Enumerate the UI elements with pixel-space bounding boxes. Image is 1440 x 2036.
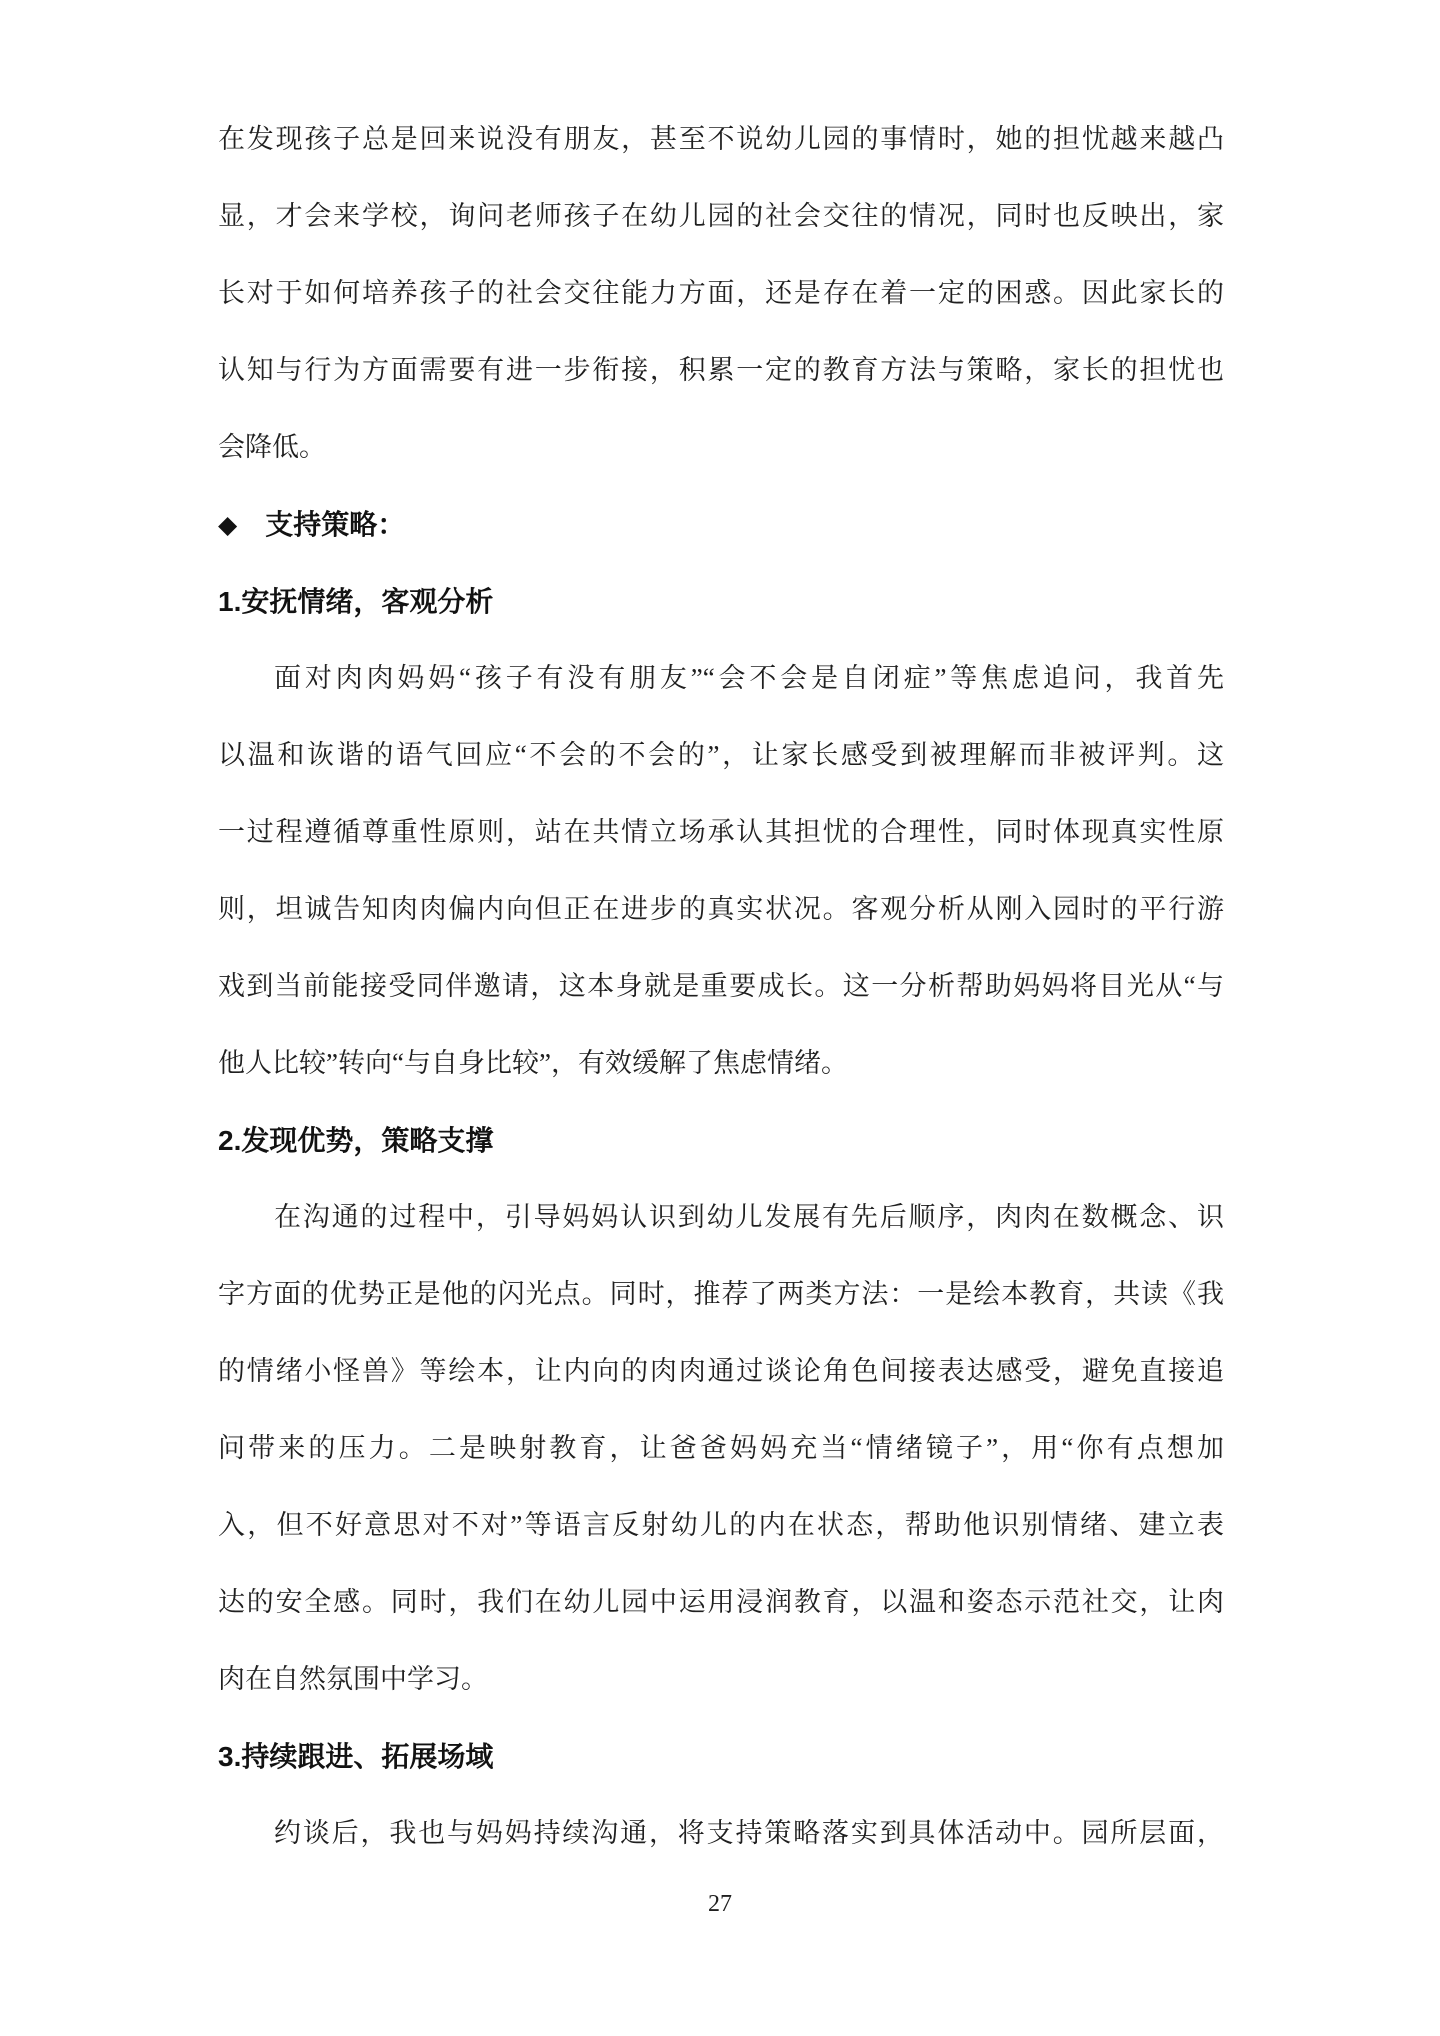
text-line: 认知与行为方面需要有进一步衔接，积累一定的教育方法与策略，家长的担忧也 (218, 332, 1224, 409)
document-page: 在发现孩子总是回来说没有朋友，甚至不说幼儿园的事情时，她的担忧越来越凸显，才会来… (0, 0, 1440, 2036)
text-line: 问带来的压力。二是映射教育，让爸爸妈妈充当“情绪镜子”，用“你有点想加 (218, 1410, 1224, 1487)
page-number: 27 (0, 1884, 1440, 1924)
text-line: 一过程遵循尊重性原则，站在共情立场承认其担忧的合理性，同时体现真实性原 (218, 794, 1224, 871)
text-line: 面对肉肉妈妈“孩子有没有朋友”“会不会是自闭症”等焦虑追问，我首先 (218, 640, 1224, 717)
diamond-bullet-icon: ◆ (218, 487, 237, 564)
text-line: 戏到当前能接受同伴邀请，这本身就是重要成长。这一分析帮助妈妈将目光从“与 (218, 948, 1224, 1025)
text-line: 入，但不好意思对不对”等语言反射幼儿的内在状态，帮助他识别情绪、建立表 (218, 1487, 1224, 1564)
bullet-heading-label: 支持策略： (265, 509, 405, 540)
bullet-heading: ◆支持策略： (218, 486, 1224, 563)
text-line: 他人比较”转向“与自身比较”，有效缓解了焦虑情绪。 (218, 1025, 1224, 1102)
section-heading: 2.发现优势，策略支撑 (218, 1102, 1224, 1179)
text-line: 肉在自然氛围中学习。 (218, 1641, 1224, 1718)
text-line: 会降低。 (218, 409, 1224, 486)
text-line: 在沟通的过程中，引导妈妈认识到幼儿发展有先后顺序，肉肉在数概念、识 (218, 1179, 1224, 1256)
text-line: 在发现孩子总是回来说没有朋友，甚至不说幼儿园的事情时，她的担忧越来越凸 (218, 101, 1224, 178)
text-line: 的情绪小怪兽》等绘本，让内向的肉肉通过谈论角色间接表达感受，避免直接追 (218, 1333, 1224, 1410)
text-line: 字方面的优势正是他的闪光点。同时，推荐了两类方法：一是绘本教育，共读《我 (218, 1256, 1224, 1333)
section-heading: 1.安抚情绪，客观分析 (218, 563, 1224, 640)
text-line: 显，才会来学校，询问老师孩子在幼儿园的社会交往的情况，同时也反映出，家 (218, 178, 1224, 255)
text-line: 达的安全感。同时，我们在幼儿园中运用浸润教育，以温和姿态示范社交，让肉 (218, 1564, 1224, 1641)
text-line: 则，坦诚告知肉肉偏内向但正在进步的真实状况。客观分析从刚入园时的平行游 (218, 871, 1224, 948)
text-line: 长对于如何培养孩子的社会交往能力方面，还是存在着一定的困惑。因此家长的 (218, 255, 1224, 332)
text-line: 以温和诙谐的语气回应“不会的不会的”，让家长感受到被理解而非被评判。这 (218, 717, 1224, 794)
section-heading: 3.持续跟进、拓展场域 (218, 1718, 1224, 1795)
document-body: 在发现孩子总是回来说没有朋友，甚至不说幼儿园的事情时，她的担忧越来越凸显，才会来… (218, 101, 1224, 1872)
text-line: 约谈后，我也与妈妈持续沟通，将支持策略落实到具体活动中。园所层面， (218, 1795, 1224, 1872)
